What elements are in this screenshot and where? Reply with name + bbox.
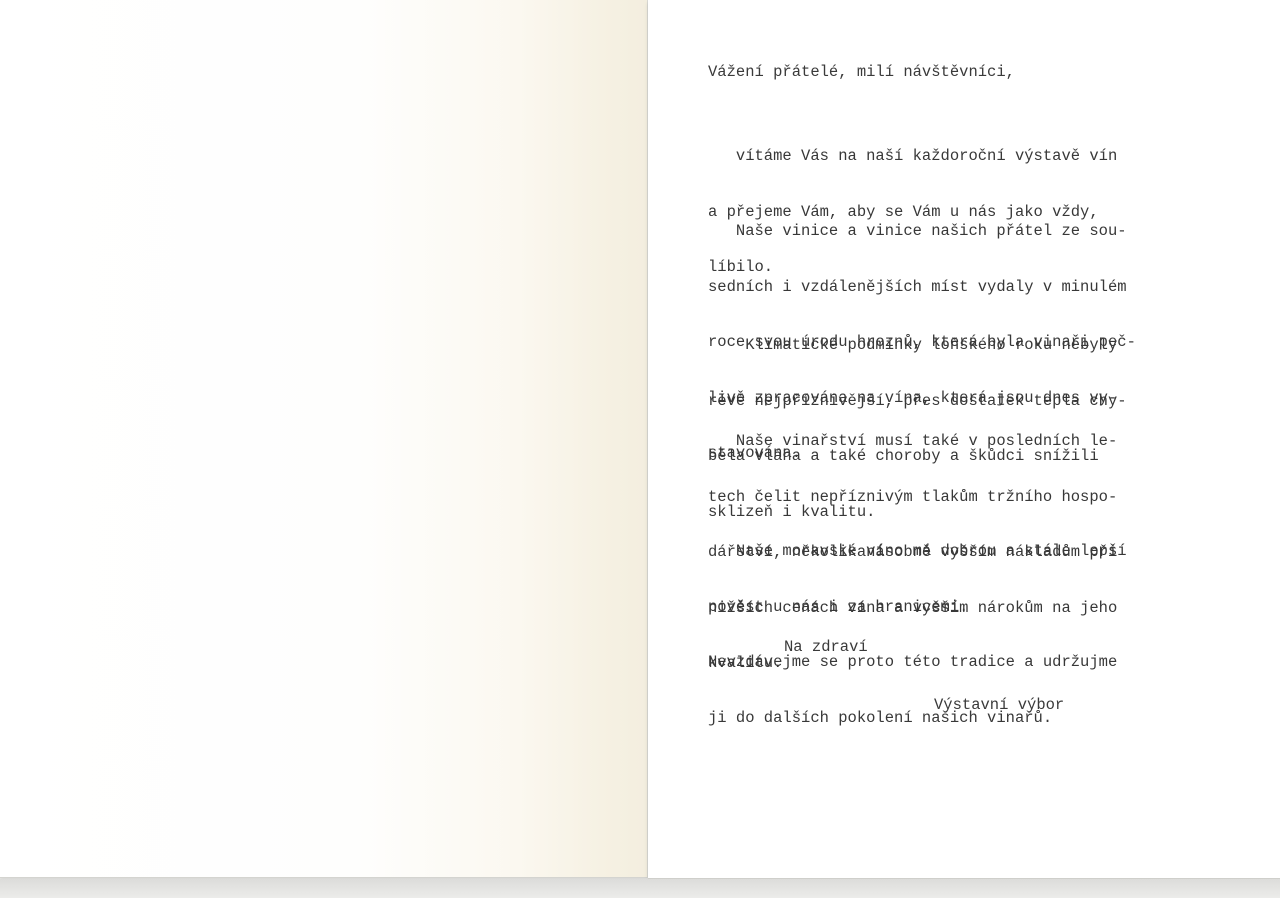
text-line: Nevzdávejme se proto této tradice a udrž… xyxy=(708,653,1127,672)
text-line: Naše vinařství musí také v posledních le… xyxy=(708,432,1117,451)
text-line: tech čelit nepříznivým tlakům tržního ho… xyxy=(708,488,1117,507)
text-line: vítáme Vás na naší každoroční výstavě ví… xyxy=(708,147,1117,166)
letter-greeting: Vážení přátelé, milí návštěvníci, xyxy=(708,63,1015,81)
left-page-blank xyxy=(0,0,647,878)
text-line: Naše vinice a vinice našich přátel ze so… xyxy=(708,222,1136,241)
letter-closing: Na zdraví xyxy=(784,638,868,656)
text-line: Naše moravské víno má dobrou a stále lep… xyxy=(708,542,1127,561)
text-line: pověst u nás i za hranicemi. xyxy=(708,598,1127,617)
text-line: sedních i vzdálenějších míst vydaly v mi… xyxy=(708,278,1136,297)
text-line: Klimatické podmínky loňského roku nebyly xyxy=(708,336,1127,355)
letter-signature: Výstavní výbor xyxy=(934,696,1064,714)
scan-background-strip xyxy=(0,879,1280,898)
